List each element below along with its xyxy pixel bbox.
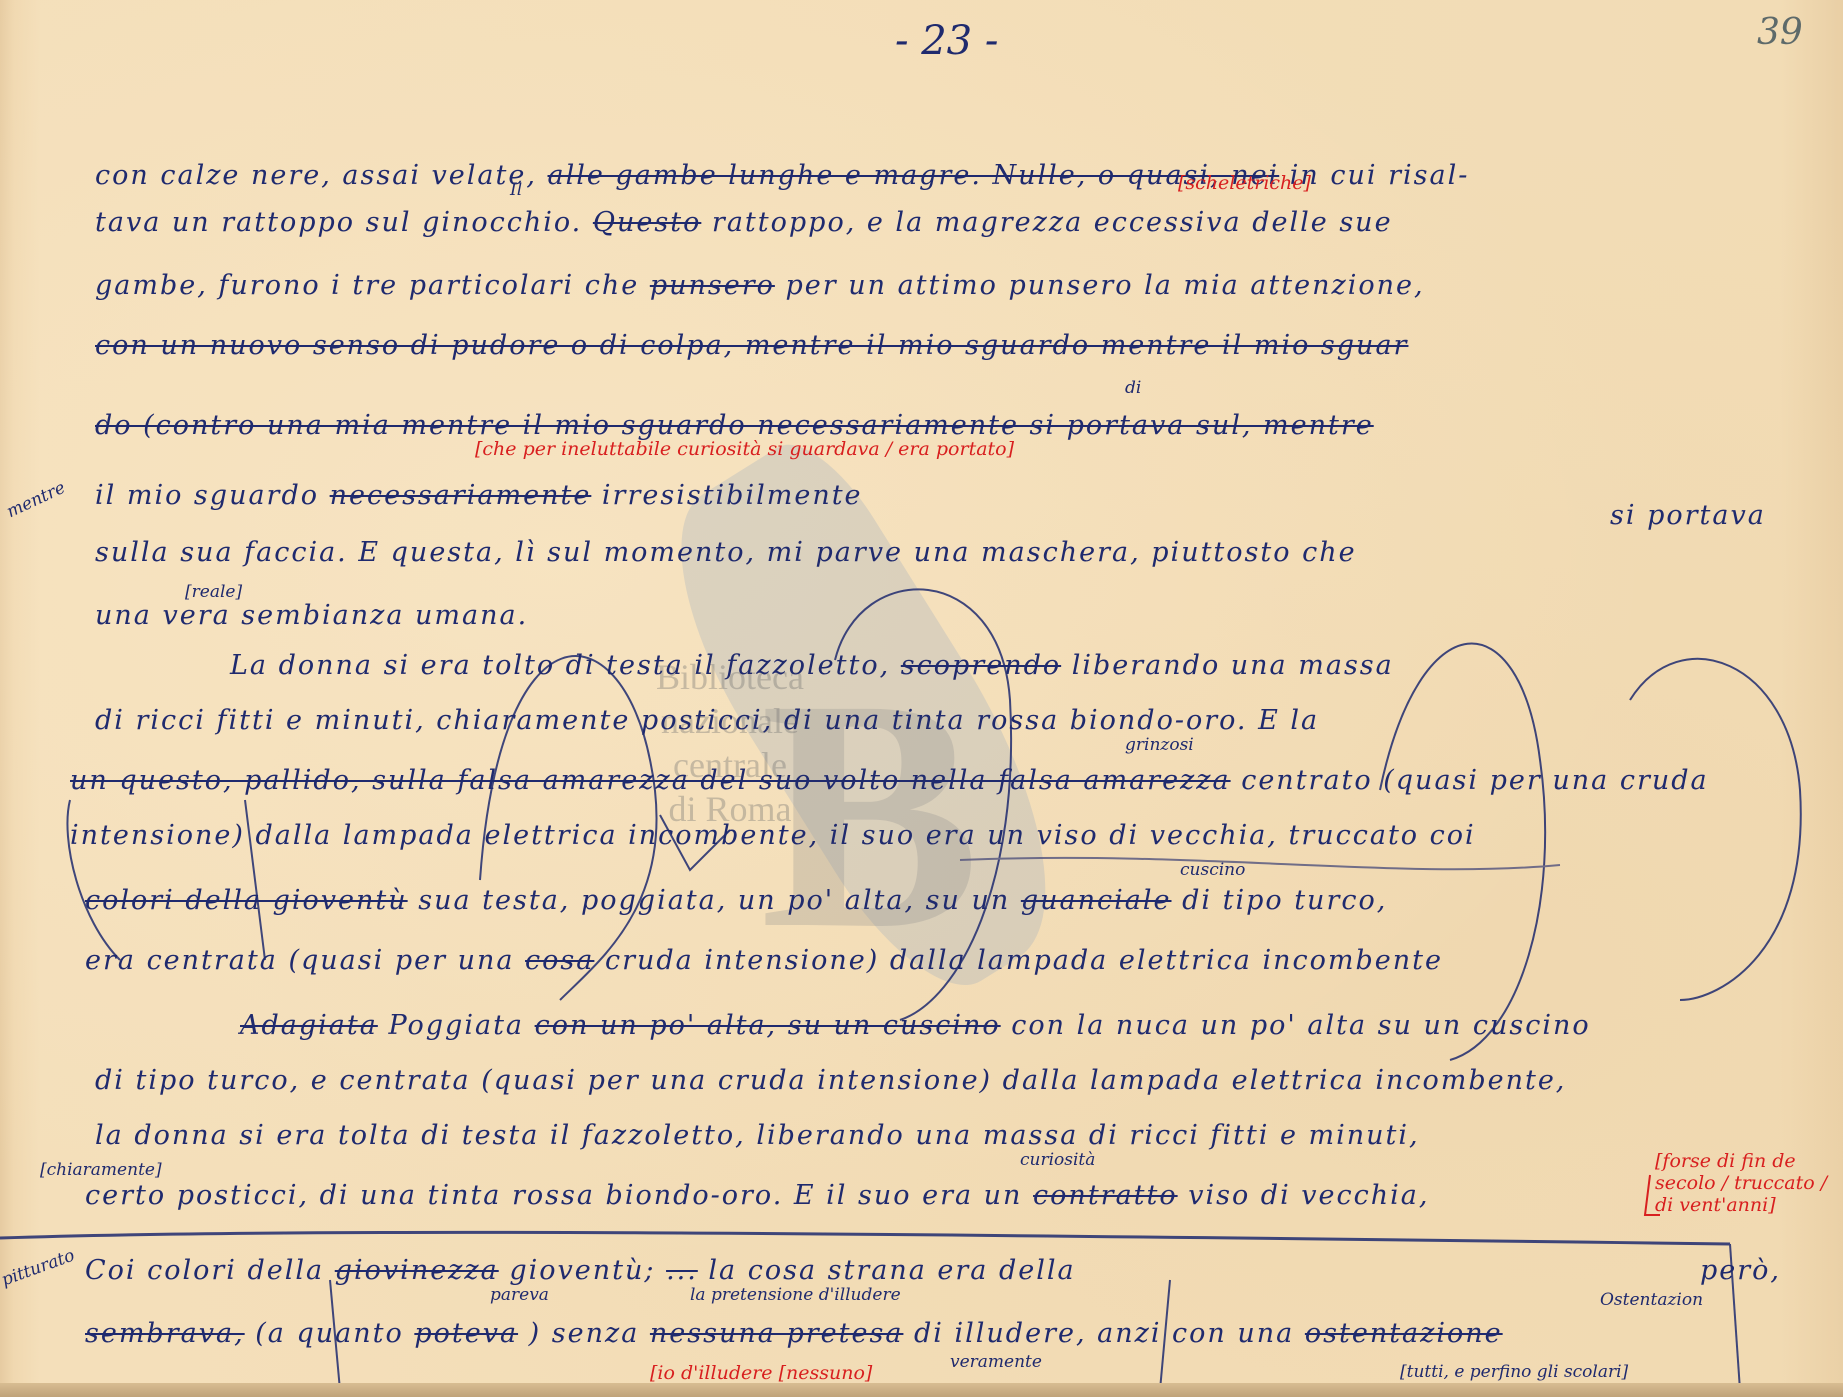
- pen-marks-overlay: [0, 0, 1843, 1397]
- manuscript-page: B Biblioteca nazionale centrale di Roma …: [0, 0, 1843, 1397]
- page-bottom-edge: [0, 1383, 1843, 1397]
